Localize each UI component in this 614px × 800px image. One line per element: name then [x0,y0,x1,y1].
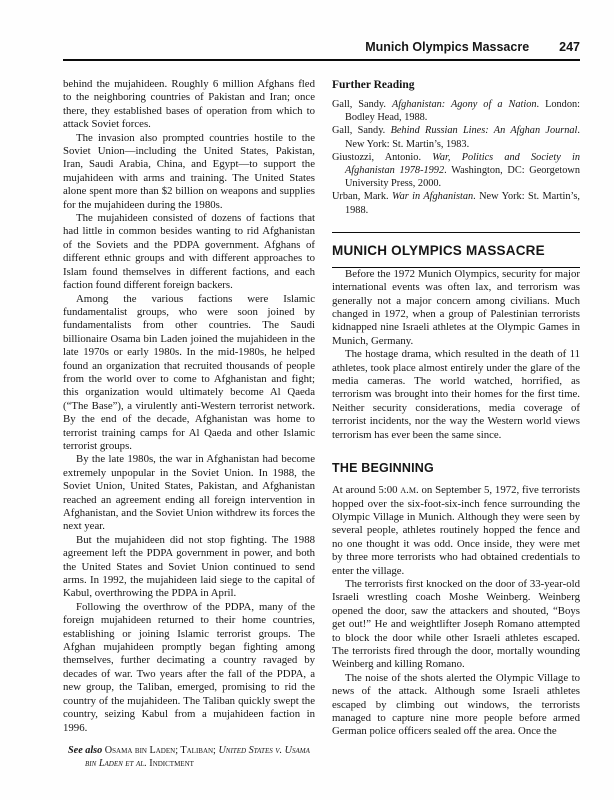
paragraph: The noise of the shots alerted the Olymp… [332,672,580,739]
paragraph: The invasion also prompted countries hos… [63,132,315,212]
entry-heading-block: MUNICH OLYMPICS MASSACRE [332,232,580,268]
paragraph: But the mujahideen did not stop fighting… [63,534,315,601]
paragraph: By the late 1980s, the war in Afghanista… [63,453,315,533]
book-page: Munich Olympics Massacre 247 behind the … [0,0,614,800]
paragraph: At around 5:00 a.m. on September 5, 1972… [332,484,580,578]
citation: Gall, Sandy. Behind Russian Lines: An Af… [332,124,580,150]
paragraph: Among the various factions were Islamic … [63,293,315,454]
see-also-note: See also Osama bin Laden; Taliban; Unite… [68,744,315,770]
citation: Gall, Sandy. Afghanistan: Agony of a Nat… [332,98,580,124]
citation: Urban, Mark. War in Afghanistan. New Yor… [332,190,580,216]
paragraph: behind the mujahideen. Roughly 6 million… [63,78,315,132]
entry-title: MUNICH OLYMPICS MASSACRE [332,243,580,258]
paragraph: The hostage drama, which resulted in the… [332,348,580,442]
further-reading-heading: Further Reading [332,78,580,92]
page-number: 247 [559,40,580,54]
citation: Giustozzi, Antonio. War, Politics and So… [332,151,580,191]
paragraph: The terrorists first knocked on the door… [332,578,580,672]
section-heading: THE BEGINNING [332,461,580,475]
right-column: Further Reading Gall, Sandy. Afghanistan… [332,78,580,770]
paragraph: Before the 1972 Munich Olympics, securit… [332,268,580,348]
running-header: Munich Olympics Massacre 247 [63,40,580,61]
paragraph: Following the overthrow of the PDPA, man… [63,601,315,735]
running-header-title: Munich Olympics Massacre [365,40,529,54]
left-column: behind the mujahideen. Roughly 6 million… [63,78,315,770]
two-column-layout: behind the mujahideen. Roughly 6 million… [63,78,580,770]
paragraph: The mujahideen consisted of dozens of fa… [63,212,315,292]
